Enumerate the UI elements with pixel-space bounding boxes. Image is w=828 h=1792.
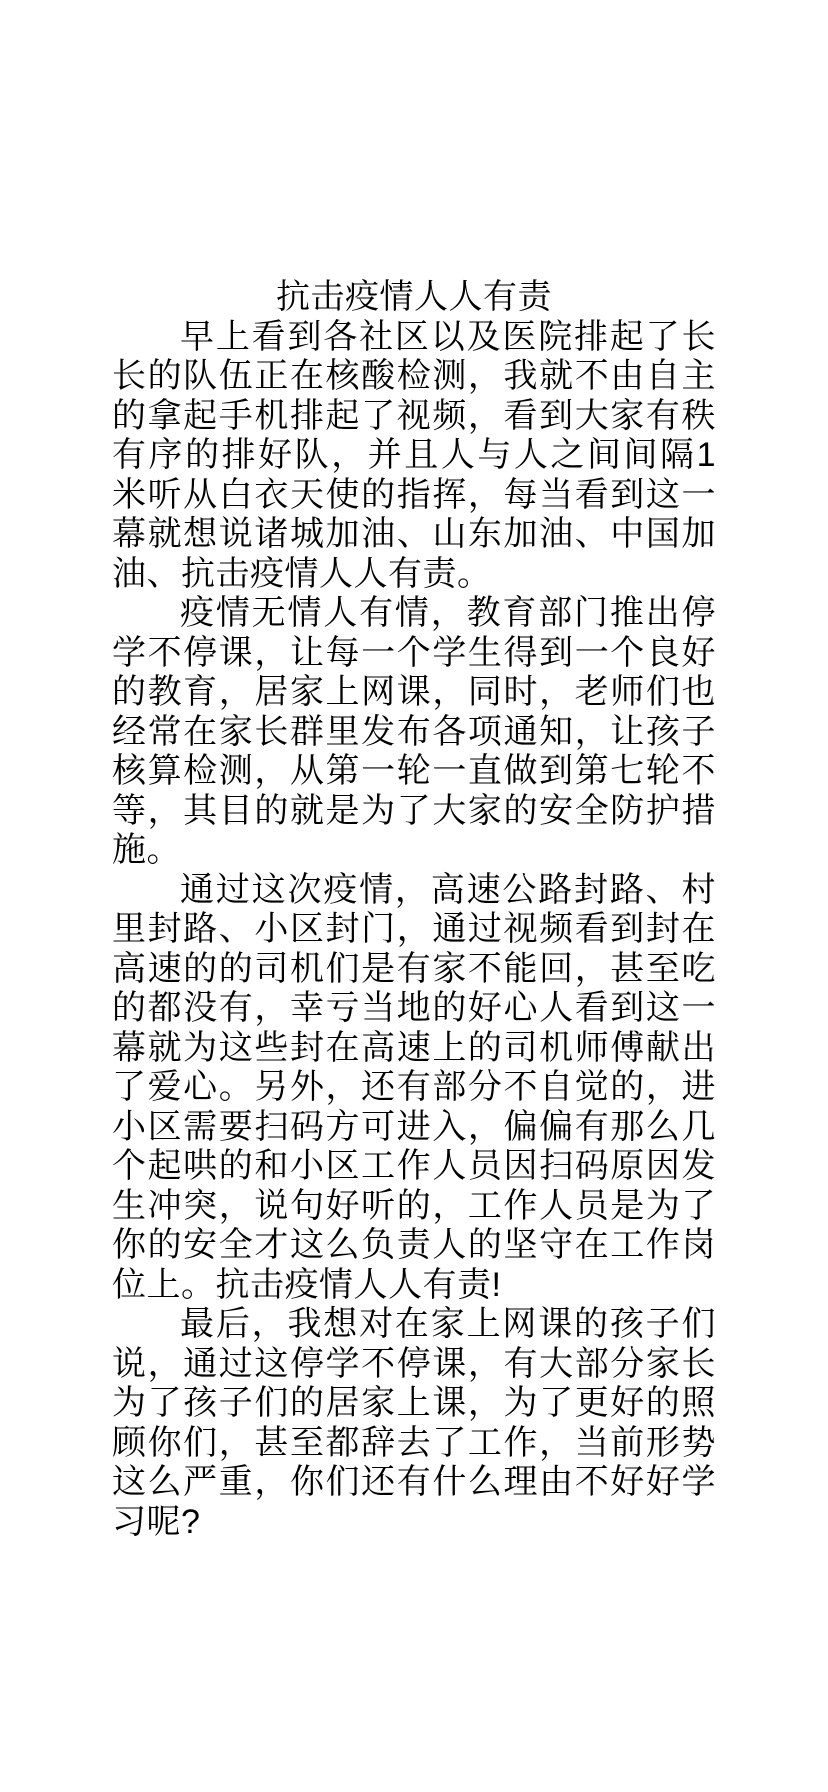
essay-paragraph-4: 最后，我想对在家上网课的孩子们说，通过这停学不停课，有大部分家长为了孩子们的居家…: [112, 1305, 716, 1542]
essay-title: 抗击疫情人人有责: [112, 278, 716, 318]
essay-paragraph-1: 早上看到各社区以及医院排起了长长的队伍正在核酸检测，我就不由自主的拿起手机排起了…: [112, 318, 716, 595]
document-page: 抗击疫情人人有责 早上看到各社区以及医院排起了长长的队伍正在核酸检测，我就不由自…: [0, 0, 828, 1792]
essay-text-block: 抗击疫情人人有责 早上看到各社区以及医院排起了长长的队伍正在核酸检测，我就不由自…: [112, 278, 716, 1542]
essay-paragraph-3: 通过这次疫情，高速公路封路、村里封路、小区封门，通过视频看到封在高速的的司机们是…: [112, 871, 716, 1306]
essay-paragraph-2: 疫情无情人有情，教育部门推出停学不停课，让每一个学生得到一个良好的教育，居家上网…: [112, 594, 716, 871]
